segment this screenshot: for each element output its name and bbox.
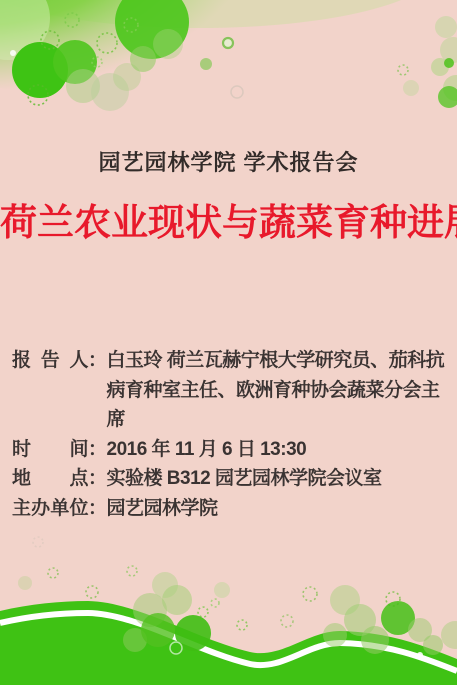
- detail-colon: ：: [88, 494, 107, 524]
- lecture-title: 荷兰农业现状与蔬菜育种进展: [0, 192, 457, 246]
- detail-row-speaker: 报告人 ： 白玉玲 荷兰瓦赫宁根大学研究员、茄科抗病育种室主任、欧洲育种协会蔬菜…: [12, 346, 449, 435]
- detail-value: 白玉玲 荷兰瓦赫宁根大学研究员、茄科抗病育种室主任、欧洲育种协会蔬菜分会主席: [107, 346, 449, 435]
- detail-label: 地点: [12, 464, 88, 494]
- detail-label: 报告人: [12, 346, 88, 376]
- detail-label: 主办单位: [12, 494, 88, 524]
- detail-row-organizer: 主办单位 ： 园艺园林学院: [12, 494, 449, 524]
- detail-colon: ：: [88, 464, 107, 494]
- college-subtitle: 园艺园林学院 学术报告会: [0, 146, 457, 177]
- detail-row-location: 地点 ： 实验楼 B312 园艺园林学院会议室: [12, 464, 449, 494]
- detail-value: 园艺园林学院: [107, 494, 449, 524]
- bubbles-decoration-top: [0, 0, 457, 140]
- lecture-details: 报告人 ： 白玉玲 荷兰瓦赫宁根大学研究员、茄科抗病育种室主任、欧洲育种协会蔬菜…: [12, 346, 449, 523]
- detail-colon: ：: [88, 346, 107, 376]
- detail-colon: ：: [88, 435, 107, 465]
- wave-decoration-bottom: [0, 535, 457, 685]
- detail-label: 时间: [12, 435, 88, 465]
- detail-value: 2016 年 11 月 6 日 13:30: [107, 435, 449, 465]
- lecture-poster: 园艺园林学院 学术报告会 荷兰农业现状与蔬菜育种进展 报告人 ： 白玉玲 荷兰瓦…: [0, 0, 457, 685]
- detail-row-time: 时间 ： 2016 年 11 月 6 日 13:30: [12, 435, 449, 465]
- detail-value: 实验楼 B312 园艺园林学院会议室: [107, 464, 449, 494]
